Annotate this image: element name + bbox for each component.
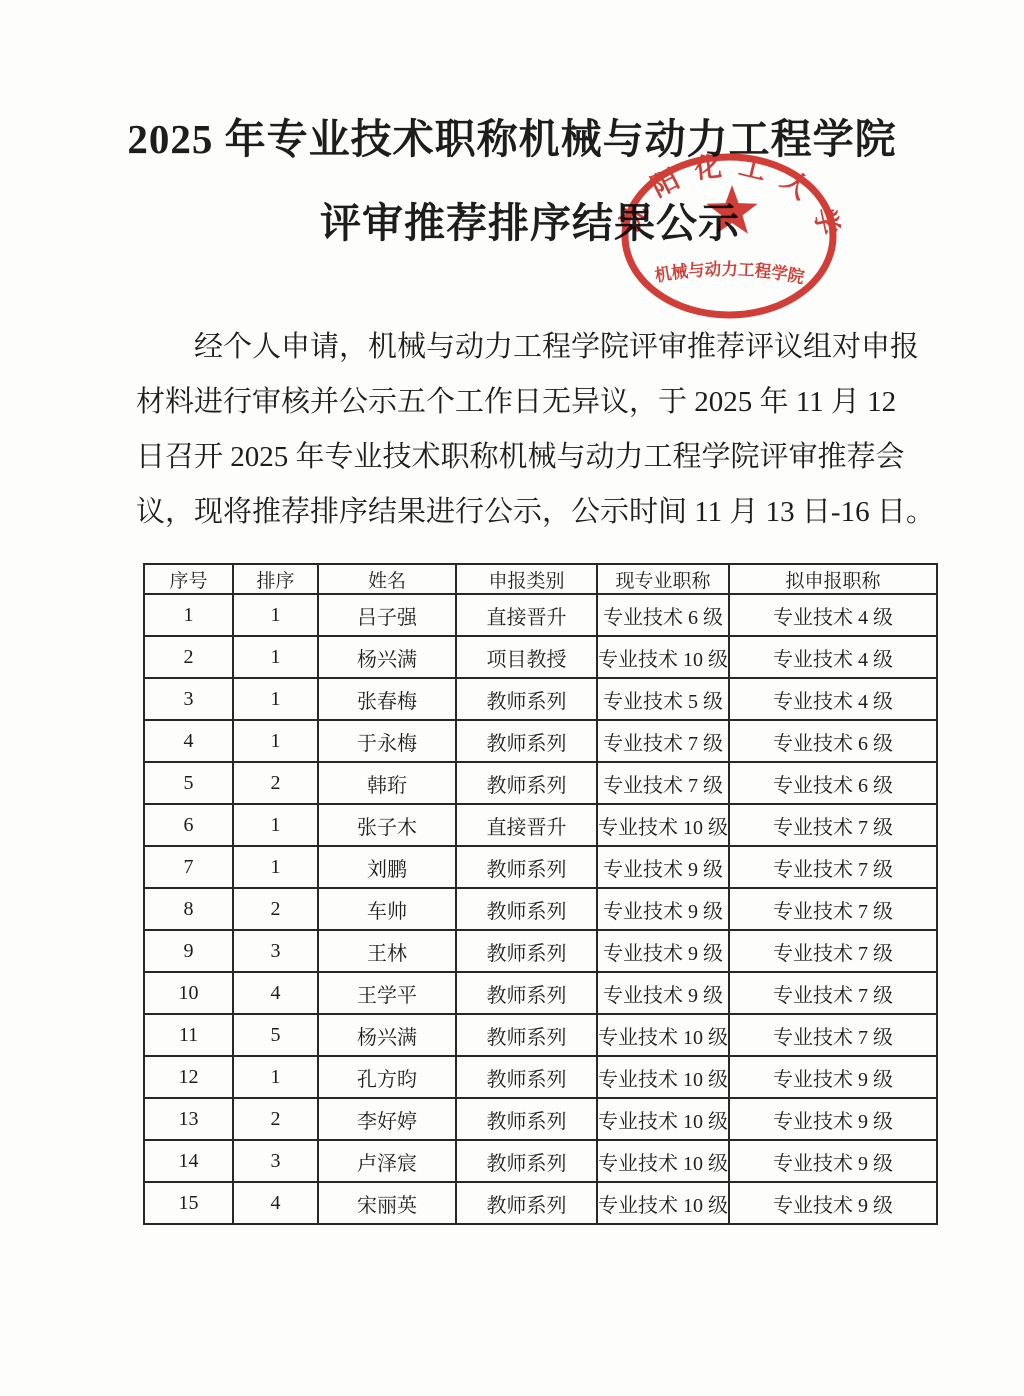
table-cell: 专业技术 4 级 <box>729 636 937 678</box>
table-cell: 王林 <box>318 930 456 972</box>
table-cell: 5 <box>233 1014 318 1056</box>
table-cell: 专业技术 9 级 <box>729 1182 937 1224</box>
table-cell: 直接晋升 <box>456 804 597 846</box>
document-page: 2025 年专业技术职称机械与动力工程学院 评审推荐排序结果公示 沈阳化工大学 … <box>0 0 1024 1396</box>
table-cell: 6 <box>144 804 233 846</box>
table-cell: 1 <box>233 804 318 846</box>
table-cell: 1 <box>233 720 318 762</box>
table-cell: 2 <box>233 1098 318 1140</box>
table-cell: 1 <box>233 1056 318 1098</box>
col-header-current-title: 现专业职称 <box>597 564 729 594</box>
seal-bottom-text: 机械与动力工程学院 <box>653 259 806 287</box>
table-cell: 专业技术 6 级 <box>597 594 729 636</box>
table-cell: 教师系列 <box>456 720 597 762</box>
table-cell: 4 <box>144 720 233 762</box>
table-cell: 专业技术 7 级 <box>729 1014 937 1056</box>
table-cell: 专业技术 9 级 <box>597 846 729 888</box>
table-cell: 吕子强 <box>318 594 456 636</box>
table-cell: 3 <box>233 930 318 972</box>
table-row: 31张春梅教师系列专业技术 5 级专业技术 4 级 <box>144 678 937 720</box>
table-row: 71刘鹏教师系列专业技术 9 级专业技术 7 级 <box>144 846 937 888</box>
table-row: 52韩珩教师系列专业技术 7 级专业技术 6 级 <box>144 762 937 804</box>
table-cell: 专业技术 4 级 <box>729 678 937 720</box>
table-cell: 专业技术 9 级 <box>729 1056 937 1098</box>
results-table: 序号 排序 姓名 申报类别 现专业职称 拟申报职称 11吕子强直接晋升专业技术 … <box>143 563 938 1225</box>
table-cell: 教师系列 <box>456 972 597 1014</box>
table-cell: 专业技术 4 级 <box>729 594 937 636</box>
table-cell: 卢泽宸 <box>318 1140 456 1182</box>
table-cell: 1 <box>233 636 318 678</box>
table-cell: 14 <box>144 1140 233 1182</box>
table-cell: 专业技术 10 级 <box>597 1182 729 1224</box>
table-row: 115杨兴满教师系列专业技术 10 级专业技术 7 级 <box>144 1014 937 1056</box>
table-cell: 教师系列 <box>456 1182 597 1224</box>
table-cell: 专业技术 10 级 <box>597 1056 729 1098</box>
table-cell: 2 <box>233 888 318 930</box>
table-row: 41于永梅教师系列专业技术 7 级专业技术 6 级 <box>144 720 937 762</box>
paragraph-line: 经个人申请，机械与动力工程学院评审推荐评议组对申报 <box>136 320 892 375</box>
table-cell: 1 <box>233 846 318 888</box>
doc-title-line2: 评审推荐排序结果公示 <box>18 190 1024 249</box>
table-row: 104王学平教师系列专业技术 9 级专业技术 7 级 <box>144 972 937 1014</box>
table-cell: 专业技术 10 级 <box>597 804 729 846</box>
body-paragraph: 经个人申请，机械与动力工程学院评审推荐评议组对申报 材料进行审核并公示五个工作日… <box>136 320 892 540</box>
table-cell: 专业技术 7 级 <box>729 888 937 930</box>
col-header-proposed-title: 拟申报职称 <box>729 564 937 594</box>
table-cell: 8 <box>144 888 233 930</box>
table-cell: 专业技术 10 级 <box>597 1014 729 1056</box>
table-cell: 2 <box>233 762 318 804</box>
table-cell: 专业技术 9 级 <box>597 930 729 972</box>
table-row: 82车帅教师系列专业技术 9 级专业技术 7 级 <box>144 888 937 930</box>
table-cell: 专业技术 6 级 <box>729 762 937 804</box>
table-cell: 教师系列 <box>456 1098 597 1140</box>
table-cell: 专业技术 7 级 <box>597 720 729 762</box>
paragraph-line: 日召开 2025 年专业技术职称机械与动力工程学院评审推荐会 <box>136 430 892 485</box>
results-table-body: 11吕子强直接晋升专业技术 6 级专业技术 4 级21杨兴满项目教授专业技术 1… <box>144 594 937 1224</box>
table-cell: 专业技术 9 级 <box>597 888 729 930</box>
table-cell: 教师系列 <box>456 678 597 720</box>
table-cell: 专业技术 10 级 <box>597 1140 729 1182</box>
table-cell: 13 <box>144 1098 233 1140</box>
table-cell: 教师系列 <box>456 846 597 888</box>
table-row: 132李好婷教师系列专业技术 10 级专业技术 9 级 <box>144 1098 937 1140</box>
table-row: 93王林教师系列专业技术 9 级专业技术 7 级 <box>144 930 937 972</box>
table-cell: 1 <box>233 594 318 636</box>
table-row: 11吕子强直接晋升专业技术 6 级专业技术 4 级 <box>144 594 937 636</box>
table-row: 121孔方昀教师系列专业技术 10 级专业技术 9 级 <box>144 1056 937 1098</box>
table-cell: 王学平 <box>318 972 456 1014</box>
table-cell: 专业技术 7 级 <box>729 972 937 1014</box>
table-cell: 教师系列 <box>456 888 597 930</box>
table-cell: 专业技术 7 级 <box>729 846 937 888</box>
col-header-name: 姓名 <box>318 564 456 594</box>
table-cell: 3 <box>144 678 233 720</box>
table-cell: 专业技术 7 级 <box>729 930 937 972</box>
table-cell: 5 <box>144 762 233 804</box>
table-cell: 孔方昀 <box>318 1056 456 1098</box>
table-cell: 3 <box>233 1140 318 1182</box>
table-cell: 专业技术 7 级 <box>597 762 729 804</box>
table-cell: 专业技术 10 级 <box>597 636 729 678</box>
table-cell: 车帅 <box>318 888 456 930</box>
table-cell: 10 <box>144 972 233 1014</box>
table-cell: 专业技术 7 级 <box>729 804 937 846</box>
table-cell: 15 <box>144 1182 233 1224</box>
table-cell: 专业技术 9 级 <box>729 1140 937 1182</box>
table-cell: 教师系列 <box>456 1056 597 1098</box>
paragraph-line: 议，现将推荐排序结果进行公示，公示时间 11 月 13 日-16 日。 <box>136 485 892 540</box>
table-cell: 张子木 <box>318 804 456 846</box>
table-cell: 专业技术 5 级 <box>597 678 729 720</box>
table-cell: 直接晋升 <box>456 594 597 636</box>
table-cell: 刘鹏 <box>318 846 456 888</box>
table-cell: 于永梅 <box>318 720 456 762</box>
table-cell: 张春梅 <box>318 678 456 720</box>
table-cell: 12 <box>144 1056 233 1098</box>
table-row: 154宋丽英教师系列专业技术 10 级专业技术 9 级 <box>144 1182 937 1224</box>
table-cell: 1 <box>144 594 233 636</box>
table-cell: 4 <box>233 972 318 1014</box>
table-cell: 宋丽英 <box>318 1182 456 1224</box>
table-cell: 教师系列 <box>456 762 597 804</box>
table-row: 61张子木直接晋升专业技术 10 级专业技术 7 级 <box>144 804 937 846</box>
table-cell: 2 <box>144 636 233 678</box>
doc-title-line1: 2025 年专业技术职称机械与动力工程学院 <box>0 106 1024 165</box>
table-cell: 专业技术 9 级 <box>729 1098 937 1140</box>
col-header-index: 序号 <box>144 564 233 594</box>
table-cell: 1 <box>233 678 318 720</box>
table-cell: 教师系列 <box>456 1140 597 1182</box>
table-cell: 专业技术 6 级 <box>729 720 937 762</box>
table-cell: 杨兴满 <box>318 1014 456 1056</box>
table-cell: 教师系列 <box>456 930 597 972</box>
table-header-row: 序号 排序 姓名 申报类别 现专业职称 拟申报职称 <box>144 564 937 594</box>
table-cell: 7 <box>144 846 233 888</box>
table-cell: 专业技术 9 级 <box>597 972 729 1014</box>
table-cell: 杨兴满 <box>318 636 456 678</box>
col-header-rank: 排序 <box>233 564 318 594</box>
table-cell: 教师系列 <box>456 1014 597 1056</box>
table-cell: 4 <box>233 1182 318 1224</box>
table-cell: 韩珩 <box>318 762 456 804</box>
table-cell: 项目教授 <box>456 636 597 678</box>
table-row: 21杨兴满项目教授专业技术 10 级专业技术 4 级 <box>144 636 937 678</box>
table-cell: 9 <box>144 930 233 972</box>
table-row: 143卢泽宸教师系列专业技术 10 级专业技术 9 级 <box>144 1140 937 1182</box>
col-header-category: 申报类别 <box>456 564 597 594</box>
table-cell: 李好婷 <box>318 1098 456 1140</box>
table-cell: 专业技术 10 级 <box>597 1098 729 1140</box>
table-cell: 11 <box>144 1014 233 1056</box>
paragraph-line: 材料进行审核并公示五个工作日无异议，于 2025 年 11 月 12 <box>136 375 892 430</box>
